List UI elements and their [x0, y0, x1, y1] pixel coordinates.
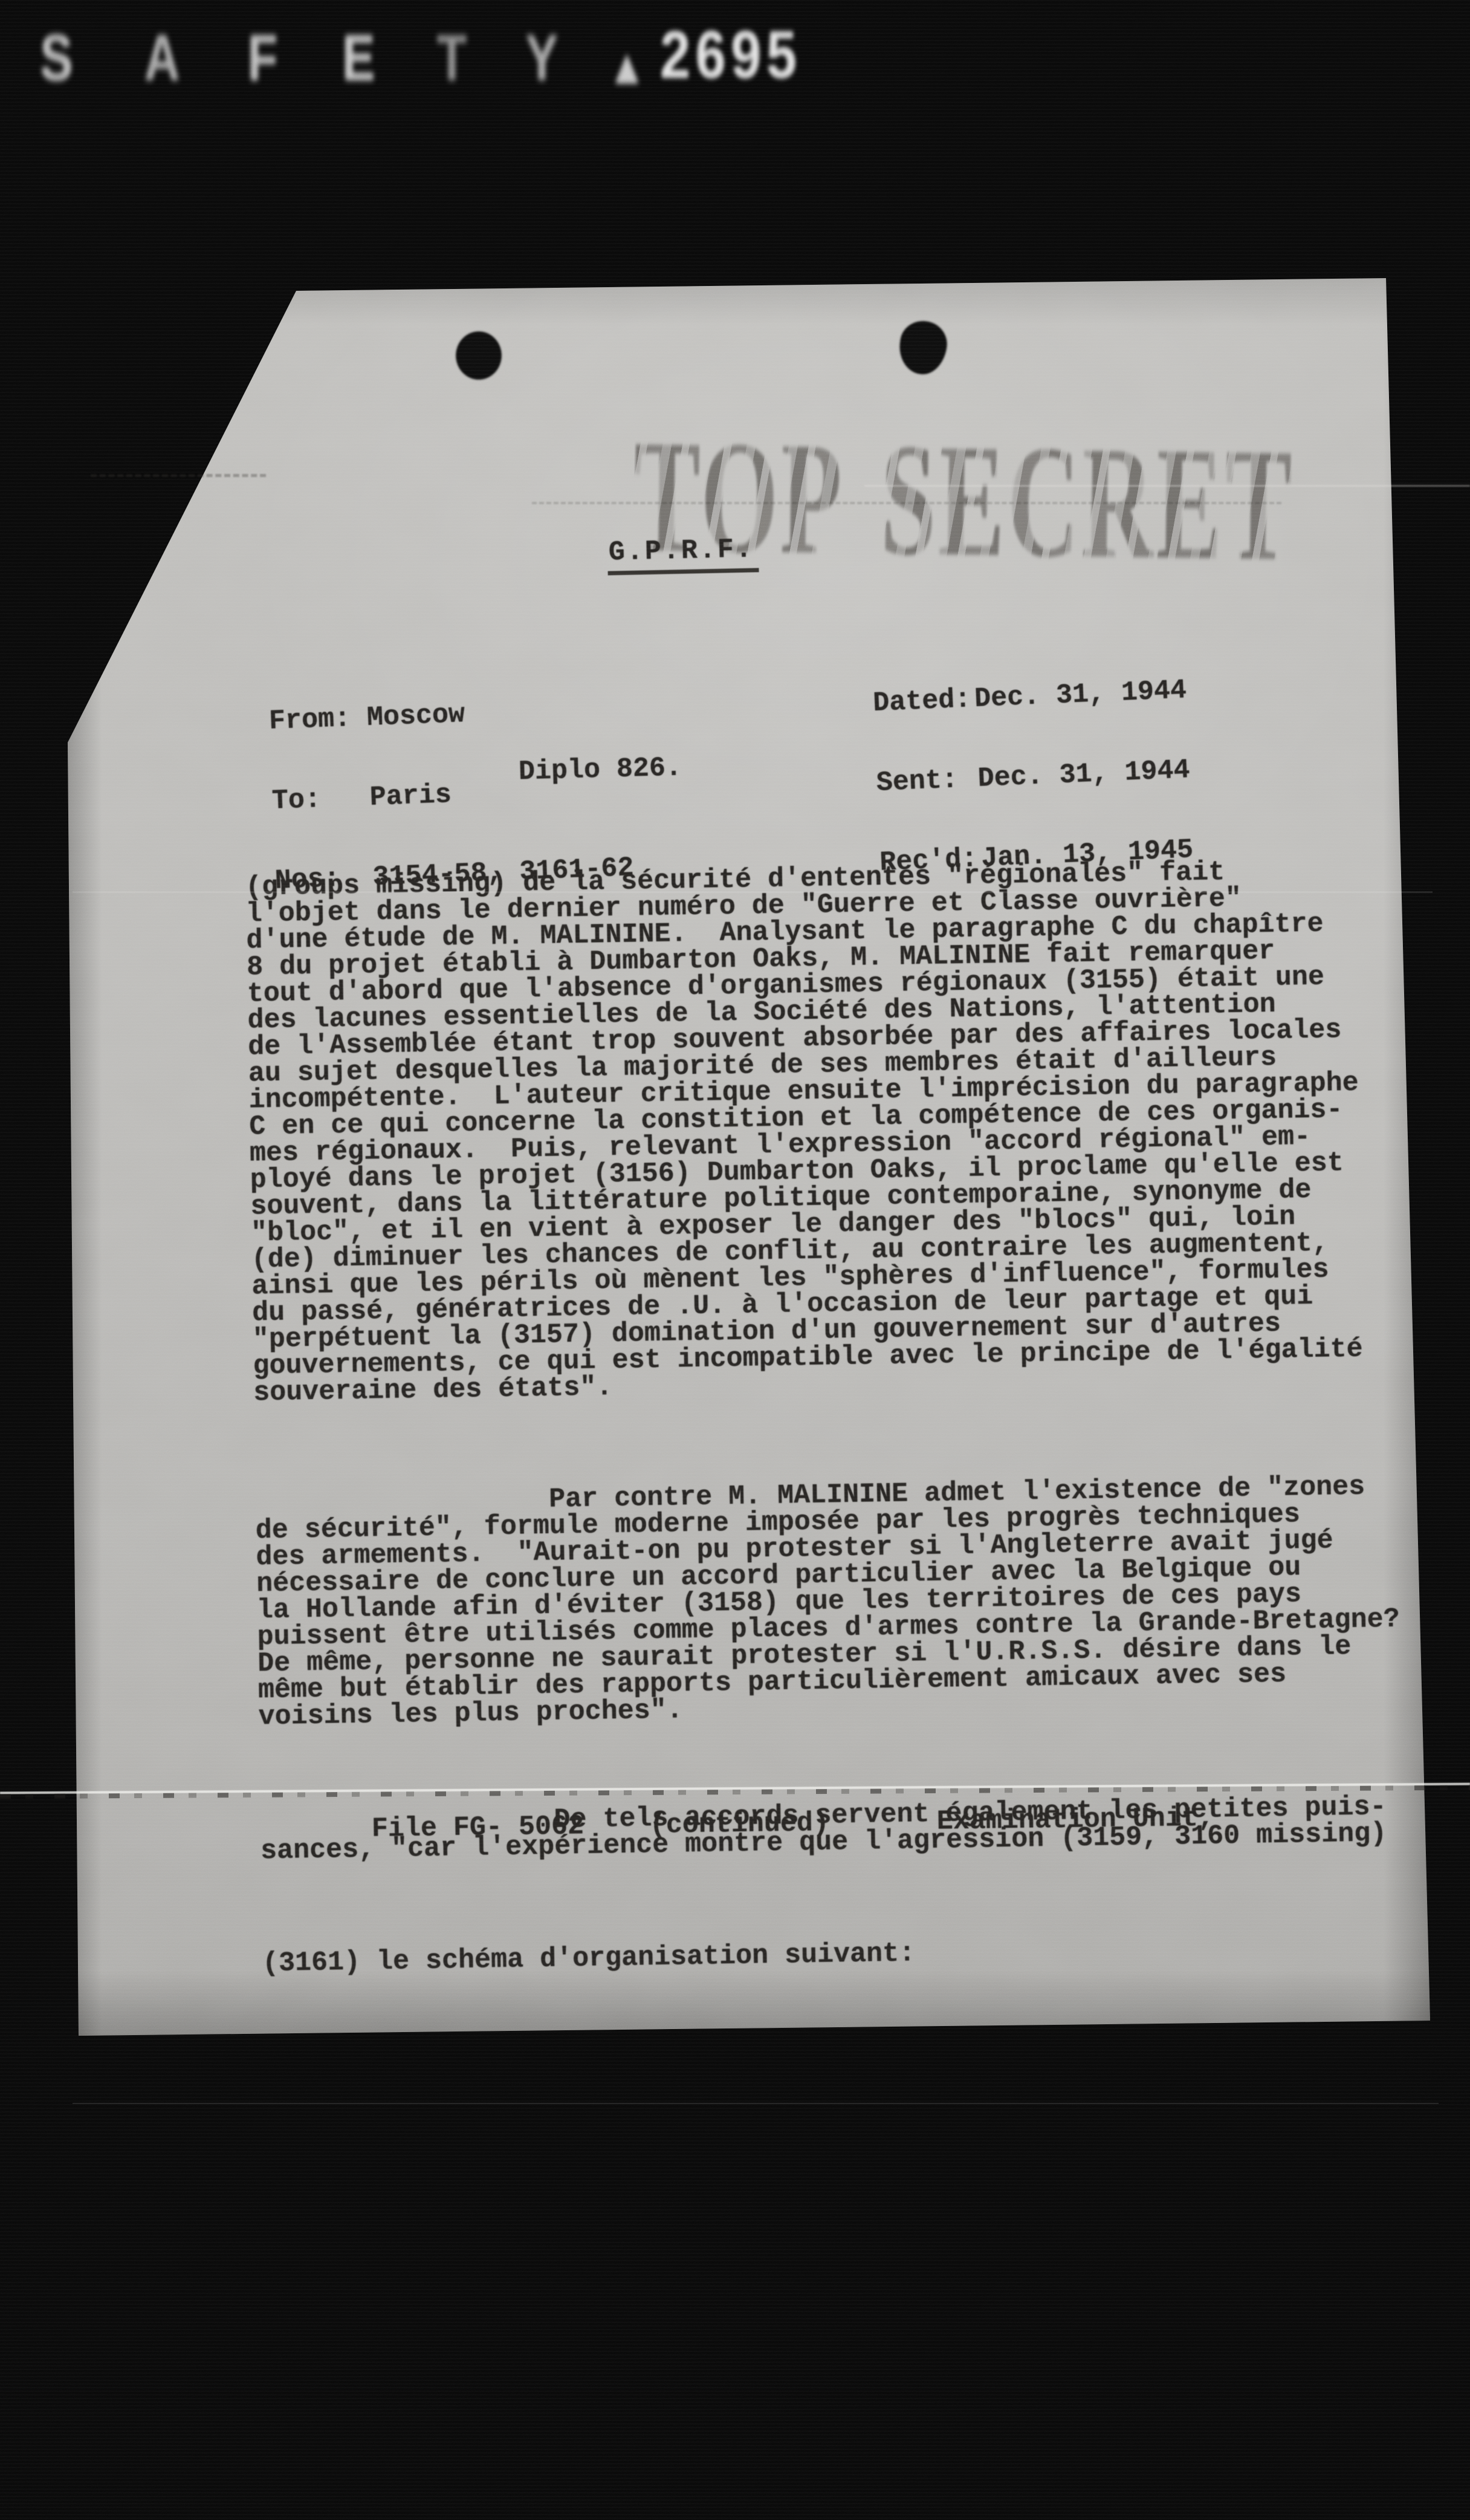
sent-label: Sent:: [876, 766, 979, 797]
classification-gprf: G.P.R.F.: [607, 534, 759, 575]
file-number: File FG- 5062: [372, 1811, 584, 1845]
subject-line: Diplo 826.: [518, 752, 682, 787]
document-page: TOP SECRET G.P.R.F. From:Moscow To:Paris…: [60, 272, 1439, 2041]
banner-letter: T: [436, 25, 467, 91]
dated-label: Dated:: [873, 686, 976, 717]
to-value: Paris: [369, 779, 452, 813]
punch-hole-right: [896, 318, 950, 377]
banner-letter: E: [342, 25, 375, 91]
microfilm-frame: S A F E T Y ▲ 2695 TOP SECRET G.P.R.F. F…: [0, 0, 1470, 2520]
from-value: Moscow: [366, 699, 465, 733]
body-paragraph: (groups missing) de la sécurité d'entent…: [245, 855, 1470, 1407]
from-label: From:: [268, 705, 367, 735]
banner-letter: S: [40, 25, 73, 91]
dated-line: Dated:Dec. 31, 1944: [873, 677, 1187, 717]
punch-hole-left: [456, 331, 502, 380]
from-line: From:Moscow: [268, 695, 628, 735]
body-paragraph: (3161) le schéma d'organisation suivant:: [262, 1931, 1470, 1977]
banner-letter: Y: [525, 25, 559, 91]
body-paragraph: Par contre M. MALININE admet l'existence…: [255, 1471, 1470, 1730]
film-frame-number: 2695: [660, 22, 801, 88]
film-safety-banner: S A F E T Y ▲ 2695: [0, 10, 1058, 88]
film-streak: [73, 2103, 1439, 2104]
sent-line: Sent:Dec. 31, 1944: [876, 757, 1190, 797]
dated-value: Dec. 31, 1944: [974, 675, 1187, 715]
banner-letter: F: [247, 25, 277, 91]
banner-letter: A: [144, 25, 180, 91]
to-label: To:: [271, 785, 371, 815]
film-triangle-mark: ▲: [607, 41, 647, 91]
continued-note: (continued): [650, 1808, 830, 1841]
sent-value: Dec. 31, 1944: [977, 755, 1191, 794]
examination-unit: Examination Unit,: [937, 1803, 1215, 1837]
